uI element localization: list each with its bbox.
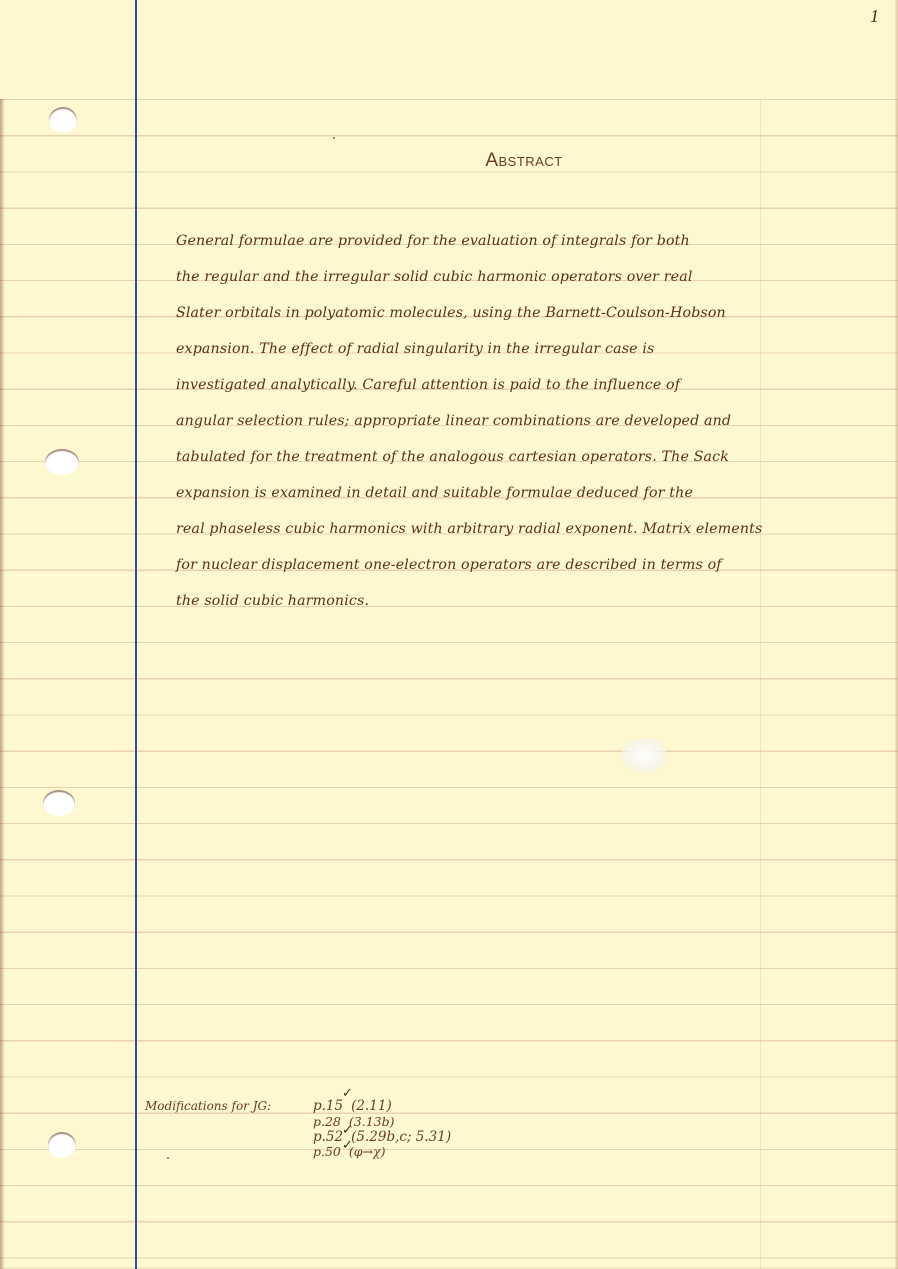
abstract-line: Slater orbitals in polyatomic molecules,… [176, 298, 846, 334]
abstract-heading: Abstract [485, 150, 562, 171]
modification-page: p.50 [313, 1144, 341, 1159]
modifications-list: p.15(2.11)✓p.28(3.13b)p.52(5.29b,c; 5.31… [313, 1097, 451, 1159]
paper-blemish [622, 738, 666, 772]
modification-page: p.52 [313, 1129, 343, 1145]
abstract-line: real phaseless cubic harmonics with arbi… [176, 514, 846, 550]
modifications-label: Modifications for JG: [145, 1099, 271, 1113]
abstract-line: tabulated for the treatment of the analo… [176, 442, 846, 478]
page-title: Abstract [0, 150, 898, 172]
modification-detail: (φ→χ) [349, 1144, 386, 1159]
modification-page: p.28 [313, 1114, 341, 1129]
modification-item: p.52(5.29b,c; 5.31)✓ [313, 1129, 451, 1145]
abstract-line: expansion. The effect of radial singular… [176, 334, 846, 370]
punch-hole-icon [45, 449, 79, 475]
modification-page: p.15 [313, 1098, 343, 1114]
modification-item: p.15(2.11)✓ [313, 1097, 451, 1115]
abstract-line: General formulae are provided for the ev… [176, 226, 846, 262]
ink-speck [333, 137, 335, 139]
punch-hole-icon [43, 790, 75, 816]
abstract-line: investigated analytically. Careful atten… [176, 370, 846, 406]
checkmark-icon: ✓ [342, 1139, 353, 1153]
abstract-line: expansion is examined in detail and suit… [176, 478, 846, 514]
ink-speck [167, 1157, 169, 1159]
notebook-page: 1 Abstract General formulae are provided… [0, 0, 898, 1269]
modification-item: p.28(3.13b) [313, 1115, 451, 1129]
checkmark-icon: ✓ [342, 1085, 353, 1103]
abstract-line: the regular and the irregular solid cubi… [176, 262, 846, 298]
modification-detail: (2.11) [351, 1098, 392, 1114]
abstract-body: General formulae are provided for the ev… [176, 226, 846, 622]
modification-item: p.50(φ→χ)✓ [313, 1145, 451, 1159]
modification-detail: (5.29b,c; 5.31) [351, 1129, 451, 1145]
punch-hole-icon [49, 107, 77, 133]
abstract-line: the solid cubic harmonics. [176, 586, 846, 622]
page-number: 1 [870, 6, 879, 27]
modification-detail: (3.13b) [349, 1114, 395, 1129]
abstract-line: for nuclear displacement one-electron op… [176, 550, 846, 586]
abstract-line: angular selection rules; appropriate lin… [176, 406, 846, 442]
punch-hole-icon [48, 1132, 76, 1158]
checkmark-icon: ✓ [342, 1123, 353, 1139]
margin-line [135, 0, 137, 1269]
